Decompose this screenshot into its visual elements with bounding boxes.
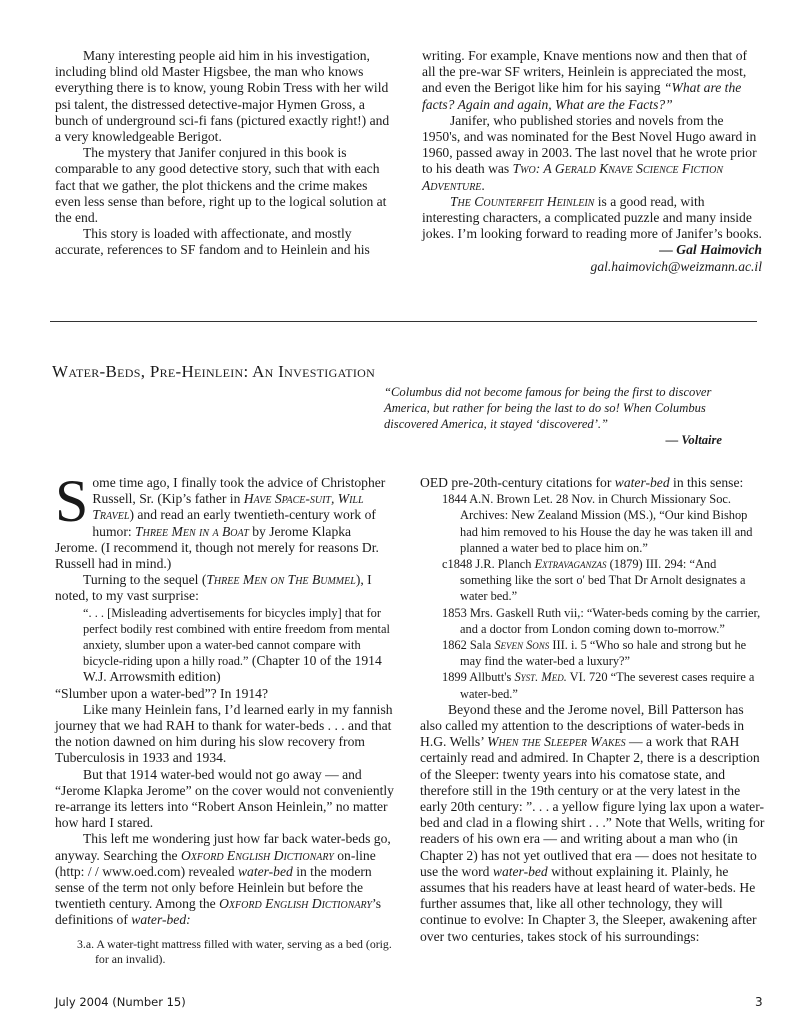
book-title: The Counterfeit Heinlein: [450, 194, 594, 209]
review-paragraph: Many interesting people aid him in his i…: [55, 48, 395, 145]
dictionary-definition: 3.a. A water-tight mattress filled with …: [77, 937, 397, 967]
review-left-column: Many interesting people aid him in his i…: [55, 48, 395, 259]
block-quote: “. . . [Misleading advertisements for bi…: [83, 605, 397, 686]
epigraph-attribution: — Voltaire: [384, 432, 722, 448]
page-number: 3: [755, 995, 763, 1009]
epigraph-text: “Columbus did not become famous for bein…: [384, 384, 722, 432]
article-paragraph: Turning to the sequel (Three Men on The …: [55, 572, 397, 604]
review-paragraph: Janifer, who published stories and novel…: [422, 113, 762, 194]
article-paragraph: Some time ago, I finally took the advice…: [55, 475, 397, 572]
article-paragraph: Like many Heinlein fans, I’d learned ear…: [55, 702, 397, 767]
review-right-column: writing. For example, Knave mentions now…: [422, 48, 762, 275]
article-right-column: OED pre-20th-century citations for water…: [420, 475, 765, 945]
review-paragraph: The Counterfeit Heinlein is a good read,…: [422, 194, 762, 243]
review-signature: — Gal Haimovich: [422, 242, 762, 258]
review-paragraph: writing. For example, Knave mentions now…: [422, 48, 762, 113]
article-paragraph: “Slumber upon a water-bed”? In 1914?: [55, 686, 397, 702]
article-paragraph: Beyond these and the Jerome novel, Bill …: [420, 702, 765, 945]
article-paragraph: This left me wondering just how far back…: [55, 831, 397, 928]
epigraph: “Columbus did not become famous for bein…: [384, 384, 722, 448]
issue-footer: July 2004 (Number 15): [55, 995, 186, 1009]
review-paragraph: The mystery that Janifer conjured in thi…: [55, 145, 395, 226]
citation: c1848 J.R. Planch Extravaganzas (1879) I…: [442, 556, 765, 605]
citation: 1853 Mrs. Gaskell Ruth vii,: “Water-beds…: [442, 605, 765, 637]
article-paragraph: But that 1914 water-bed would not go awa…: [55, 767, 397, 832]
article-title: Water-Beds, Pre-Heinlein: An Investigati…: [52, 362, 375, 382]
citation: 1844 A.N. Brown Let. 28 Nov. in Church M…: [442, 491, 765, 556]
section-divider: [50, 321, 757, 322]
citation: 1899 Allbutt's Syst. Med. VI. 720 “The s…: [442, 669, 765, 701]
drop-cap: S: [55, 477, 88, 525]
citation: 1862 Sala Seven Sons III. i. 5 “Who so h…: [442, 637, 765, 669]
article-paragraph: OED pre-20th-century citations for water…: [420, 475, 765, 491]
review-paragraph: This story is loaded with affectionate, …: [55, 226, 395, 258]
article-left-column: Some time ago, I finally took the advice…: [55, 475, 397, 967]
review-email: gal.haimovich@weizmann.ac.il: [422, 259, 762, 275]
